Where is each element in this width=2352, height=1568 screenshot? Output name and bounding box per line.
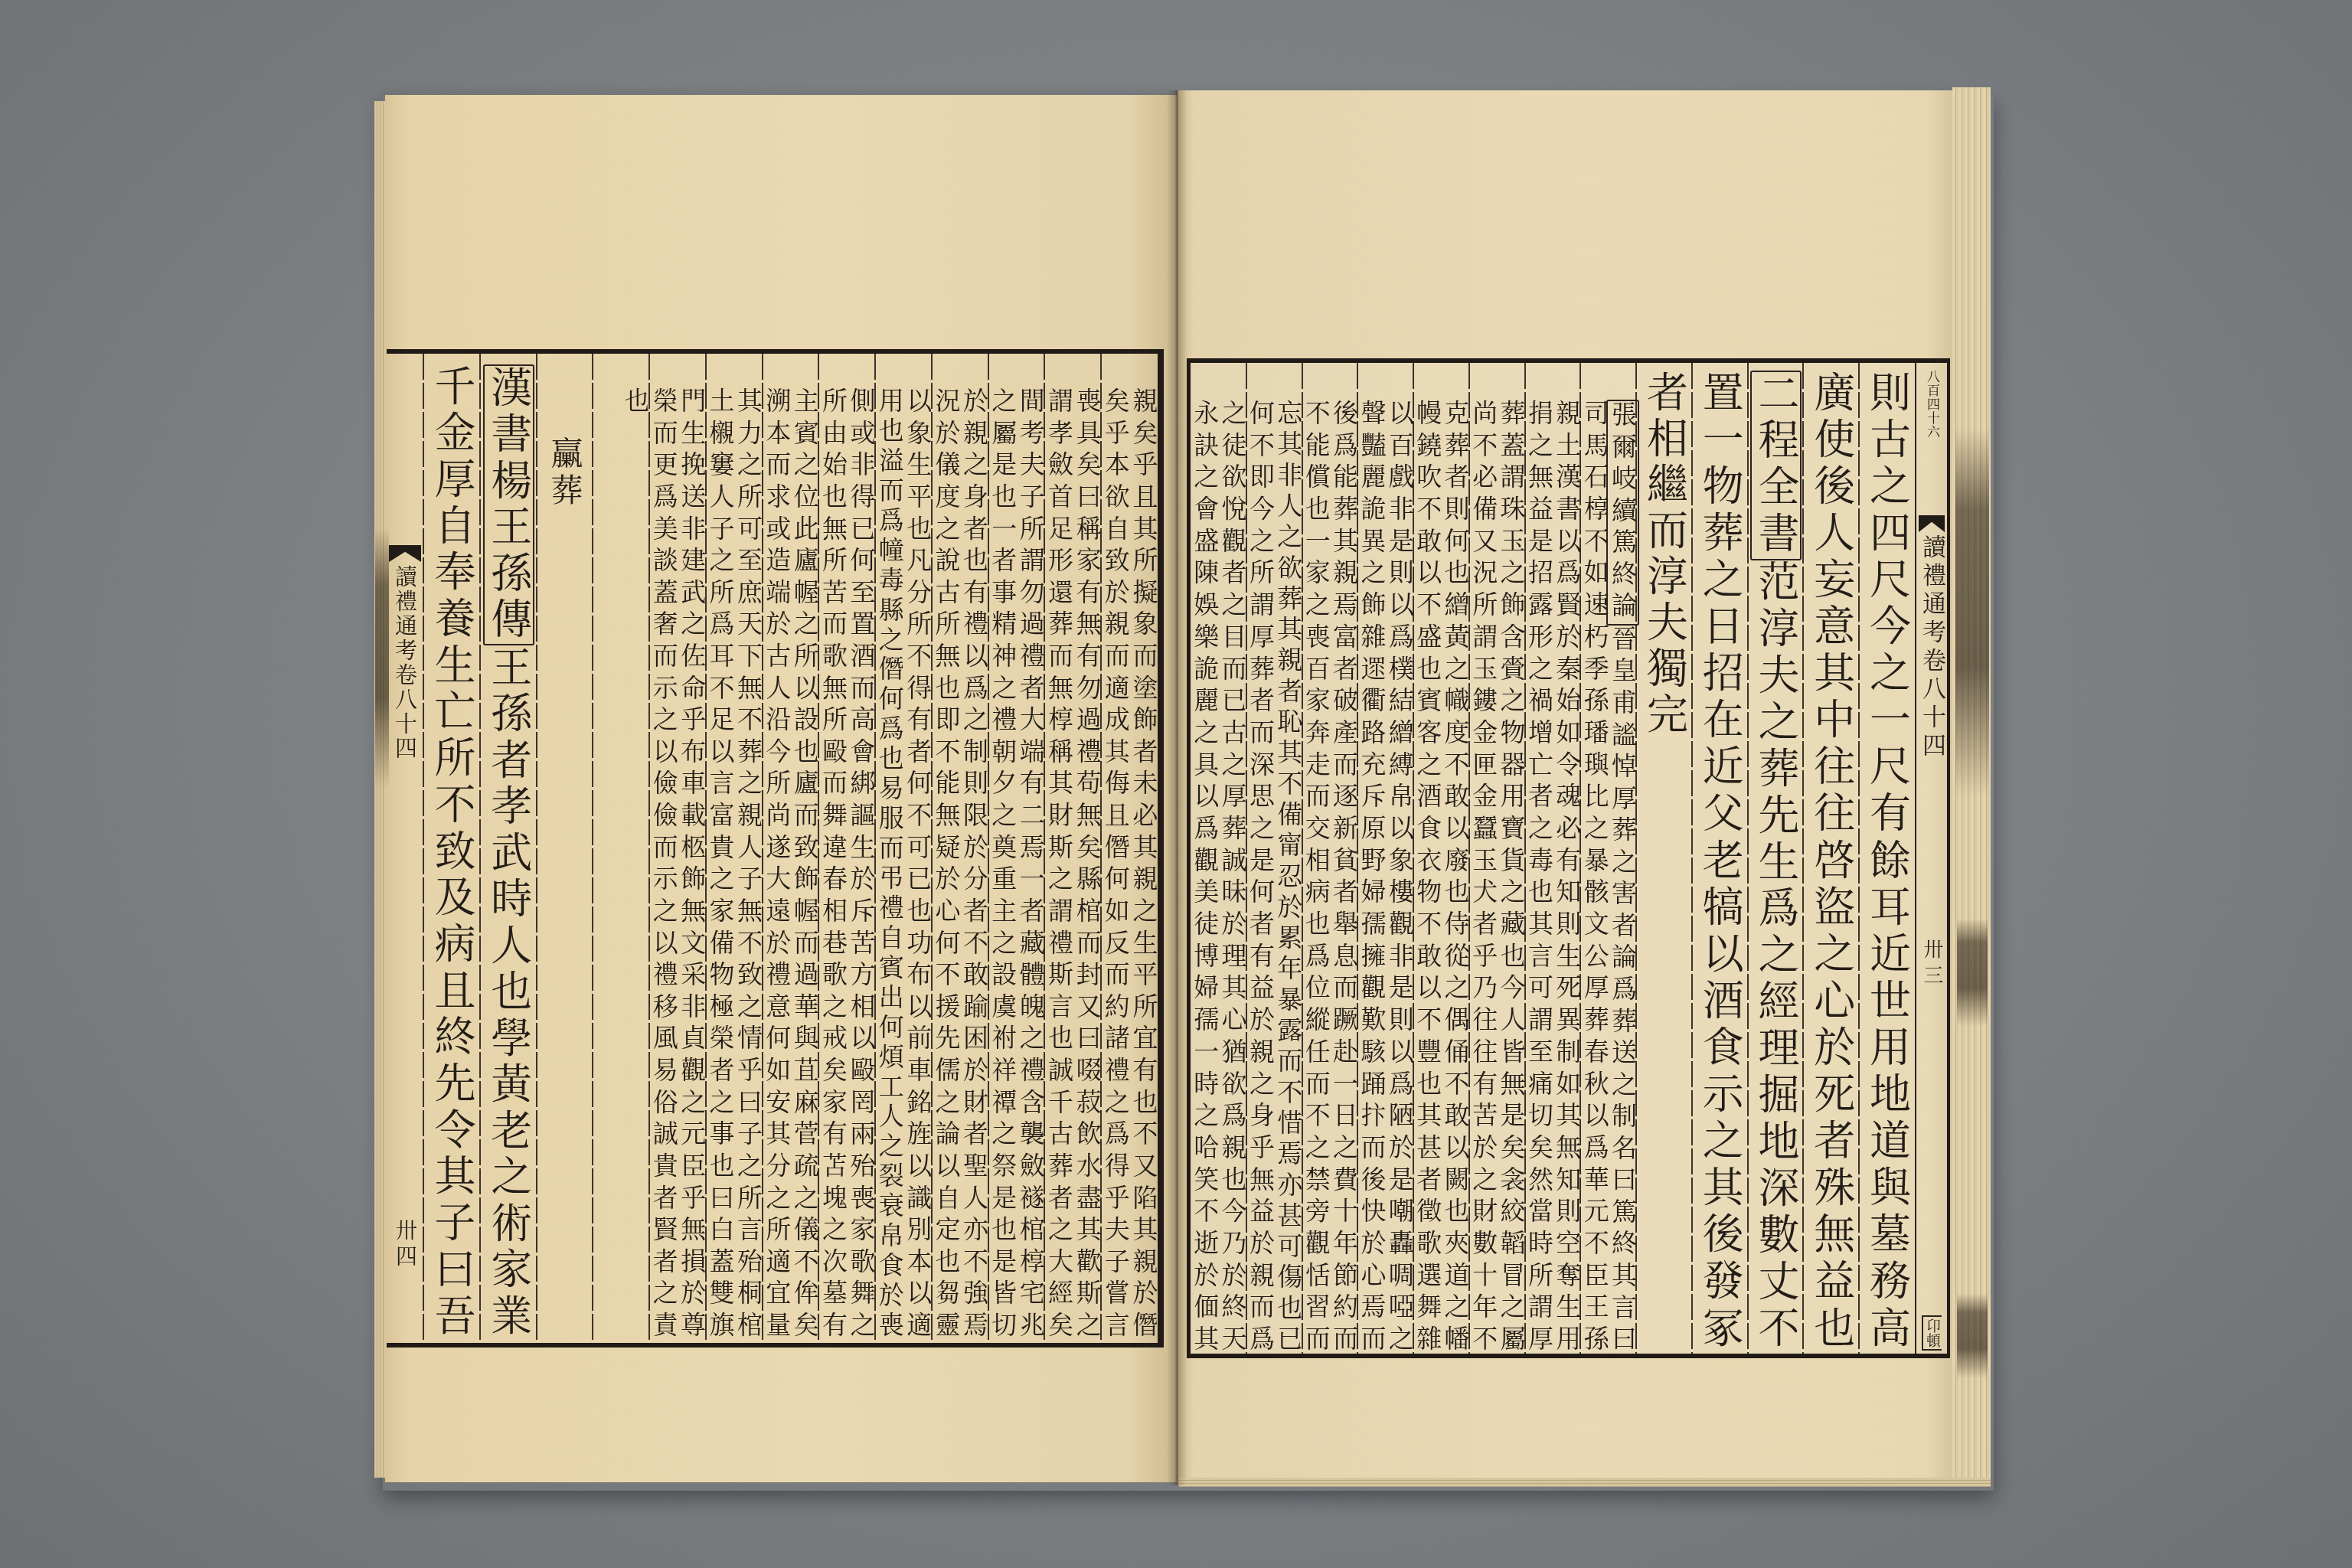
commentary-subcolumn: 聲豔麗詭異之飾雜遝衢路充斥原野婦孺擁觀歎駭踊抃而後快於心焉而 <box>1358 400 1386 1351</box>
commentary-subcolumn: 間考夫子所謂勿過禮者大端有二焉一者藏體魄之禮含襲斂襚棺椁宅兆 <box>1017 387 1044 1337</box>
commentary-subcolumn: 門生挽送非建武之佐命乎布車載柩飾無文采非貞觀之元臣乎無損於尊 <box>678 387 705 1337</box>
commentary-subcolumn: 於親之身者也有禮以爲之制則限於分者不敢踰困於財者聖人亦不強焉 <box>960 387 988 1337</box>
commentary-subcolumn: 土櫬窶人子之所爲耳不足以言富貴之家備物極榮者之事也曰白蓋雙旗 <box>706 387 733 1337</box>
commentary-subcolumn: 用也溢而爲幢毒縣之僭何爲也易服而弔禮自賓出何煩工人之裂衰帛食於喪 <box>876 387 903 1337</box>
bottom-page-edge-stack <box>1179 1478 1991 1487</box>
carver-mark: 卬頓 <box>1922 1315 1942 1351</box>
commentary-column: 之徒欲悅觀者之目而已古之厚葬誠昧於理其心猶欲爲親也今乃於終天 永訣之會盛陳娛樂詭… <box>1191 363 1246 1354</box>
commentary-subcolumn: 忘其非人之欲葬其親者恥其不備甯忍於累年暴露而不惜焉亦甚可傷也已 <box>1274 400 1302 1351</box>
commentary-subcolumn: 不能償也一家之喪百家奔走而交相病也爲位縱任而不之禁旁觀恬習而 <box>1302 400 1330 1351</box>
cited-source-title: 張爾岐續篤終論 <box>1606 400 1639 626</box>
main-text-column: 者相繼而淳夫獨完 <box>1641 371 1688 1347</box>
commentary-subcolumn: 何不即今之所謂厚葬者而深思之是何者有益於親之身乎無益於親而爲 <box>1246 400 1274 1351</box>
section-heading: 臝葬 <box>545 436 583 510</box>
text-column: 置一物葬之日招在近父老犒以酒食示之其後發冢 <box>1692 363 1748 1354</box>
cited-source-title: 二程全書 <box>1750 371 1802 560</box>
commentary-column: 親土漢書以爲賢於秦始如令魂必有知則生死異制如其無知則空奪生用 捐之無益是招露形之… <box>1525 363 1581 1354</box>
commentary-column: 親矣乎且其所擬象而塗飾者未必其親之生平所宜有也不又陷其親於僭 矣乎本欲自致於親而… <box>1101 354 1158 1343</box>
commentary-column: 以象生平也凡分所不得有者何不可已也功布以前車銘旌以識別本以適 用也溢而爲幢毒縣之… <box>875 354 932 1343</box>
running-title: 讀禮通考卷八十四 <box>393 565 417 761</box>
commentary-subcolumn: 張爾岐續篤終論晉皇甫謐悼厚葬之害者論爲葬送之制名曰篤終其言曰 <box>1609 400 1636 1351</box>
commentary-column: 葬蓋謂珠玉之飾含賫之物器用寶貨之藏也今人皆無是矣衾絞韜冒之屬 尚不必備又況所謂玉… <box>1469 363 1525 1354</box>
commentary-subcolumn: 尚不必備又況所謂玉鏤金匣金蠶玉犬者乎乃往往有苦於之財數十年不 <box>1469 400 1497 1351</box>
commentary-subcolumn: 也 <box>622 387 649 1337</box>
text-column: 者相繼而淳夫獨完 <box>1636 363 1692 1354</box>
commentary-column: 忘其非人之欲葬其親者恥其不備甯忍於累年暴露而不惜焉亦甚可傷也已 何不即今之所謂厚… <box>1246 363 1302 1354</box>
cited-source-title: 漢書楊王孫傳 <box>483 364 534 645</box>
main-text-column: 漢書楊王孫傳王孫者孝武時人也學黃老之術家業 <box>485 364 532 1335</box>
commentary-subcolumn: 後爲能葬其親焉富者破產而逐新貧者舉息而蹶赴一日之費十年節約而 <box>1330 400 1357 1351</box>
commentary-subcolumn: 溯本而求或造端於古人沿今所尚遂大遠於禮意何如安其分之所適宜量 <box>763 387 790 1337</box>
commentary-subcolumn: 以象生平也凡分所不得有者何不可已也功布以前車銘旌以識別本以適 <box>903 387 931 1337</box>
commentary-column: 主賓之位此廬幄之所以設也廬而致飾幄而過華與苴麻菅疏之儀不侔矣 溯本而求或造端於古… <box>763 354 819 1343</box>
text-column: 漢書楊王孫傳王孫者孝武時人也學黃老之術家業 <box>480 354 537 1343</box>
commentary-subcolumn: 謂孝斂首足形還葬而無椁稱其財斯之謂禮斯言也誠千古葬者之大經矣 <box>1045 387 1073 1337</box>
commentary-subcolumn: 親土漢書以爲賢於秦始如令魂必有知則生死異制如其無知則空奪生用 <box>1553 400 1580 1351</box>
commentary-column: 後爲能葬其親焉富者破產而逐新貧者舉息而蹶赴一日之費十年節約而 不能償也一家之喪百… <box>1302 363 1358 1354</box>
commentary-column: 側或非得已何至置酒而高會綁謳生於斥苦方相以毆罔兩殆喪家歌舞之 所由始也無所苦而歌… <box>818 354 875 1343</box>
commentary-column: 間考夫子所謂勿過禮者大端有二焉一者藏體魄之禮含襲斂襚棺椁宅兆 之屬是也一者事精神… <box>988 354 1045 1343</box>
fish-tail-mark-icon <box>389 545 421 562</box>
commentary-subcolumn: 矣乎本欲自致於親而適成其侮且僭何如反而約諸禮之爲得乎夫子嘗言 <box>1102 387 1129 1337</box>
commentary-subcolumn: 所由始也無所苦而歌無所毆而舞違春相巷歌之戒矣家有苫塊之次墓有 <box>819 387 847 1337</box>
right-fold-column: 八百四十六 讀禮通考卷八十四 卅三 卬頓 <box>1915 363 1947 1354</box>
commentary-subcolumn: 司馬石椁不如速朽季孫璠璵比之暴骸文公厚葬春秋以爲華元不臣王孫 <box>1581 400 1609 1351</box>
commentary-subcolumn: 葬蓋謂珠玉之飾含賫之物器用寶貨之藏也今人皆無是矣衾絞韜冒之屬 <box>1497 400 1524 1351</box>
commentary-subcolumn: 以百戲非是則以爲樸結繒縛帛以象樓觀非是則以爲陋於是嘲轟啁啞之 <box>1386 400 1413 1351</box>
right-page-text-frame: 八百四十六 讀禮通考卷八十四 卅三 卬頓 則古之四尺今之一尺有餘耳近世用地道與墓… <box>1187 358 1950 1358</box>
main-text-column: 千金厚自奉養生亡所不致及病且終先令其子曰吾 <box>428 364 475 1335</box>
commentary-text: 晉皇甫謐悼厚葬之害者論爲葬送之制名曰篤終其言曰 <box>1608 626 1638 1351</box>
commentary-column: 張爾岐續篤終論晉皇甫謐悼厚葬之害者論爲葬送之制名曰篤終其言曰 司馬石椁不如速朽季… <box>1580 363 1636 1354</box>
main-text: 范淳夫之葬先生爲之經理掘地深數丈不 <box>1752 560 1800 1347</box>
main-text-column: 置一物葬之日招在近父老犒以酒食示之其後發冢 <box>1696 371 1743 1347</box>
commentary-subcolumn: 其力之所可至庶天下無不葬之親人子無不致之情乎曰子之所言殆桐棺 <box>734 387 762 1337</box>
character-count-note: 八百四十六 <box>1925 370 1939 439</box>
running-title: 讀禮通考卷八十四 <box>1919 534 1945 761</box>
text-column: 千金厚自奉養生亡所不致及病且終先令其子曰吾 <box>423 354 480 1343</box>
main-text-column: 二程全書范淳夫之葬先生爲之經理掘地深數丈不 <box>1752 371 1799 1347</box>
commentary-column: 也 <box>593 354 649 1343</box>
fore-edge-ink-mark <box>1957 919 1988 1026</box>
blank-subcolumn <box>593 387 621 1337</box>
commentary-subcolumn: 永訣之會盛陳娛樂詭麗之具以爲觀美徒博婦孺一時之哈笑不逝於偭其 <box>1191 400 1218 1351</box>
commentary-subcolumn: 側或非得已何至置酒而高會綁謳生於斥苦方相以毆罔兩殆喪家歌舞之 <box>848 387 875 1337</box>
main-text-column: 廣使後人妄意其中往往啓盜之心於死者殊無益也 <box>1808 371 1855 1347</box>
main-text-column: 則古之四尺今之一尺有餘耳近世用地道與墓務高 <box>1864 371 1911 1347</box>
commentary-subcolumn: 幔鐃吹不敢以不盛也賓客之酒食衣物不敢以不豐也其甚者徵歌選舞雜 <box>1413 400 1441 1351</box>
commentary-column: 門生挽送非建武之佐命乎布車載柩飾無文采非貞觀之元臣乎無損於尊 榮而更爲美談蓋奢而… <box>649 354 706 1343</box>
left-page-text-frame: 親矣乎且其所擬象而塗飾者未必其親之生平所宜有也不又陷其親於僭 矣乎本欲自致於親而… <box>387 349 1164 1347</box>
left-fold-column: 讀禮通考卷八十四 卅四 <box>387 354 423 1343</box>
commentary-column: 喪具矣曰稱家有無有勿過禮苟無矣縣棺而封又曰啜菽飲水盡其歡斯之 謂孝斂首足形還葬而… <box>1044 354 1101 1343</box>
text-column: 則古之四尺今之一尺有餘耳近世用地道與墓務高 <box>1859 363 1915 1354</box>
heading-column: 臝葬 <box>537 354 593 1343</box>
commentary-subcolumn: 之屬是也一者事精神之禮朝夕之奠重主之設虞祔祥禫之祭是也是皆切 <box>988 387 1016 1337</box>
commentary-subcolumn: 主賓之位此廬幄之所以設也廬而致飾幄而過華與苴麻菅疏之儀不侔矣 <box>791 387 818 1337</box>
text-column: 二程全書范淳夫之葬先生爲之經理掘地深數丈不 <box>1748 363 1804 1354</box>
commentary-column: 於親之身者也有禮以爲之制則限於分者不敢踰困於財者聖人亦不強焉 況於儀度之說古所無… <box>932 354 988 1343</box>
commentary-column: 其力之所可至庶天下無不葬之親人子無不致之情乎曰子之所言殆桐棺 土櫬窶人子之所爲耳… <box>706 354 763 1343</box>
text-column: 廣使後人妄意其中往往啓盜之心於死者殊無益也 <box>1803 363 1859 1354</box>
commentary-subcolumn: 克葬者則何也繒黃之幟度不敢以廢也侍從之偶俑不敢以闕也夾道之幡 <box>1442 400 1469 1351</box>
commentary-subcolumn: 親矣乎且其所擬象而塗飾者未必其親之生平所宜有也不又陷其親於僭 <box>1129 387 1157 1337</box>
book-spine-gutter <box>1167 90 1187 1485</box>
commentary-subcolumn: 喪具矣曰稱家有無有勿過禮苟無矣縣棺而封又曰啜菽飲水盡其歡斯之 <box>1073 387 1101 1337</box>
leaf-number: 卅四 <box>394 1219 416 1271</box>
commentary-column: 以百戲非是則以爲樸結繒縛帛以象樓觀非是則以爲陋於是嘲轟啁啞之 聲豔麗詭異之飾雜遝… <box>1357 363 1413 1354</box>
commentary-subcolumn: 捐之無益是招露形之禍增亡者之毒也其言可謂至痛切矣然當時所謂厚 <box>1525 400 1553 1351</box>
fore-edge-ink-mark <box>1955 429 1989 796</box>
commentary-subcolumn: 之徒欲悅觀者之目而已古之厚葬誠昧於理其心猶欲爲親也今乃於終天 <box>1219 400 1246 1351</box>
fish-tail-mark-icon <box>1919 515 1945 532</box>
commentary-column: 克葬者則何也繒黃之幟度不敢以廢也侍從之偶俑不敢以闕也夾道之幡 幔鐃吹不敢以不盛也… <box>1413 363 1469 1354</box>
main-text: 王孫者孝武時人也學黃老之術家業 <box>485 645 533 1335</box>
leaf-number: 卅三 <box>1921 939 1942 991</box>
commentary-subcolumn: 況於儀度之說古所無也即不能無疑於心何不援先儒之論以自定也芻靈 <box>933 387 960 1337</box>
fore-edge-ink-mark <box>1957 1294 1988 1378</box>
commentary-subcolumn: 榮而更爲美談蓋奢而示之以儉儉而示之以禮移風易俗誠貴者賢者之責 <box>650 387 678 1337</box>
